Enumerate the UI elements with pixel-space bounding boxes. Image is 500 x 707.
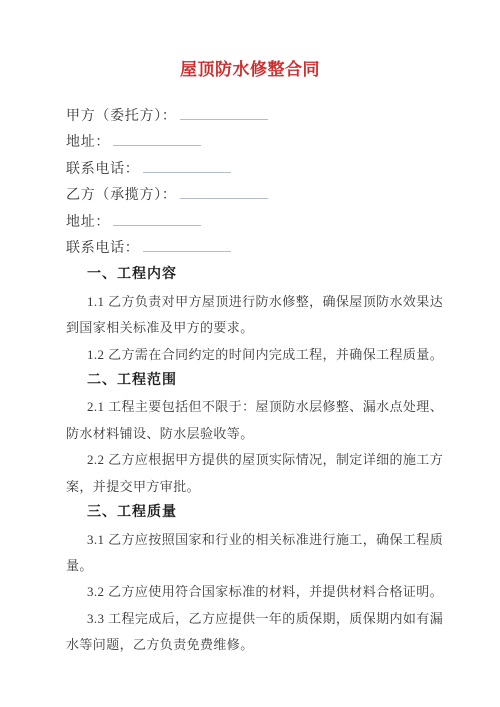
blank-fill-line [143, 236, 231, 252]
field-phone-b: 联系电话： [66, 236, 456, 262]
clause-paragraph: 2.1 工程主要包括但不限于：屋顶防水层修整、漏水点处理、防水材料铺设、防水层验… [66, 394, 456, 447]
blank-fill-line [180, 183, 268, 199]
field-address-a: 地址： [66, 130, 456, 156]
clause-paragraph: 3.1 乙方应按照国家和行业的相关标准进行施工，确保工程质量。 [66, 527, 456, 580]
clause-paragraph: 3.3 工程完成后，乙方应提供一年的质保期，质保期内如有漏水等问题，乙方负责免费… [66, 606, 456, 659]
party-info-block: 甲方（委托方）： 地址： 联系电话： 乙方（承揽方）： 地址： 联系电话： [66, 104, 456, 262]
clause-paragraph: 1.2 乙方需在合同约定的时间内完成工程，并确保工程质量。 [66, 342, 456, 368]
section-2-project-scope: 二、工程范围 2.1 工程主要包括但不限于：屋顶防水层修整、漏水点处理、防水材料… [66, 368, 456, 500]
clause-paragraph: 3.2 乙方应使用符合国家标准的材料，并提供材料合格证明。 [66, 579, 456, 605]
field-label: 联系电话： [66, 241, 140, 256]
field-label: 地址： [66, 135, 110, 150]
field-phone-a: 联系电话： [66, 157, 456, 183]
clause-paragraph: 1.1 乙方负责对甲方屋顶进行防水修整，确保屋顶防水效果达到国家相关标准及甲方的… [66, 289, 456, 342]
field-address-b: 地址： [66, 210, 456, 236]
blank-fill-line [113, 210, 201, 226]
field-label: 乙方（承揽方）： [66, 188, 177, 203]
blank-fill-line [180, 104, 268, 120]
blank-fill-line [143, 157, 231, 173]
field-label: 地址： [66, 215, 110, 230]
section-1-project-content: 一、工程内容 1.1 乙方负责对甲方屋顶进行防水修整，确保屋顶防水效果达到国家相… [66, 262, 456, 368]
contract-document: 屋顶防水修整合同 甲方（委托方）： 地址： 联系电话： 乙方（承揽方）： 地址：… [0, 0, 500, 707]
field-party-a: 甲方（委托方）： [66, 104, 456, 130]
field-party-b: 乙方（承揽方）： [66, 183, 456, 209]
field-label: 联系电话： [66, 162, 140, 177]
section-heading: 一、工程内容 [66, 262, 456, 288]
section-heading: 二、工程范围 [66, 368, 456, 394]
section-heading: 三、工程质量 [66, 500, 456, 526]
document-title: 屋顶防水修整合同 [0, 58, 500, 82]
clause-paragraph: 2.2 乙方应根据甲方提供的屋顶实际情况，制定详细的施工方案，并提交甲方审批。 [66, 447, 456, 500]
blank-fill-line [113, 130, 201, 146]
field-label: 甲方（委托方）： [66, 109, 177, 124]
section-3-project-quality: 三、工程质量 3.1 乙方应按照国家和行业的相关标准进行施工，确保工程质量。 3… [66, 500, 456, 658]
